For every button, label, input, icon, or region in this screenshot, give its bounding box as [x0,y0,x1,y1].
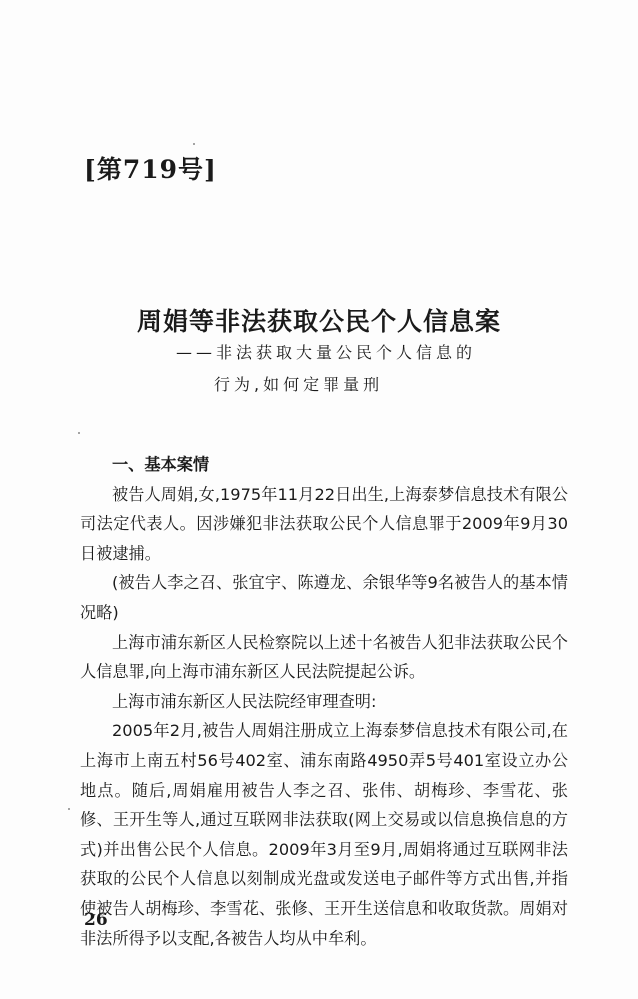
document-subtitle-line2: 行为,如何定罪量刑 [214,372,383,395]
section-heading: 一、基本案情 [80,450,568,480]
scan-speck [68,808,70,810]
paragraph: 上海市浦东新区人民检察院以上述十名被告人犯非法获取公民个人信息罪,向上海市浦东新… [80,628,568,687]
document-title: 周娟等非法获取公民个人信息案 [0,302,638,338]
document-subtitle-line1: ——非法获取大量公民个人信息的 [176,340,476,363]
page-number: 26 [84,910,108,930]
case-number: [第719号] [84,150,217,186]
paragraph: (被告人李之召、张宜宇、陈遵龙、余银华等9名被告人的基本情况略) [80,568,568,627]
paragraph: 被告人周娟,女,1975年11月22日出生,上海泰梦信息技术有限公司法定代表人。… [80,480,568,569]
paragraph: 2005年2月,被告人周娟注册成立上海泰梦信息技术有限公司,在上海市上南五村56… [80,716,568,953]
paragraph: 上海市浦东新区人民法院经审理查明: [80,687,568,717]
document-body: 一、基本案情 被告人周娟,女,1975年11月22日出生,上海泰梦信息技术有限公… [80,450,568,953]
scan-speck [193,143,195,145]
scan-speck [78,432,80,434]
